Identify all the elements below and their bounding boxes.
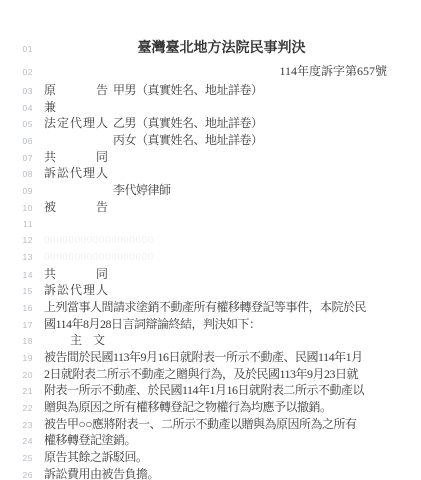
- party-line: 被 告: [44, 199, 421, 216]
- document-line-07: 07共 同: [0, 149, 421, 166]
- line-number: 18: [19, 333, 33, 350]
- document-line-17: 17國114年8月28日言詞辯論終結，判決如下：: [0, 316, 421, 333]
- body-text: 贈與為原因之所有權移轉登記之物權行為均應予以撤銷。: [44, 399, 421, 416]
- document-line-22: 22贈與為原因之所有權移轉登記之物權行為均應予以撤銷。: [0, 399, 421, 416]
- party-line: 共 同: [44, 266, 421, 283]
- line-number: 26: [19, 467, 33, 480]
- body-text: 2日就附表二所示不動產之贈與行為，及於民國113年9月23日就: [44, 366, 421, 383]
- document-line-01: 01臺灣臺北地方法院民事判決: [0, 38, 421, 60]
- document-line-15: 15訴訟代理人: [0, 282, 421, 299]
- party-value: 乙男（真實姓名、地址詳卷）: [113, 116, 263, 130]
- party-label: 兼: [44, 100, 57, 114]
- document-line-25: 25原告其餘之訴駁回。: [0, 449, 421, 466]
- party-line: 兼: [44, 99, 421, 116]
- line-number: 08: [19, 166, 33, 183]
- document-line-24: 24權移轉登記塗銷。: [0, 432, 421, 449]
- document-line-23: 23被告甲○○應將附表一、二所示不動產以贈與為原因所為之所有: [0, 416, 421, 433]
- body-text: 附表一所示不動產、於民國114年1月16日就附表二所示不動產以: [44, 382, 421, 399]
- party-line: 訴訟代理人: [44, 282, 421, 299]
- judgment-document: 01臺灣臺北地方法院民事判決02114年度訴字第657號03原 告甲男（真實姓名…: [0, 38, 421, 480]
- party-label: 共 同: [44, 267, 109, 281]
- party-line: 原 告甲男（真實姓名、地址詳卷）: [44, 82, 421, 99]
- line-number: 17: [19, 317, 33, 334]
- line-number: 09: [19, 183, 33, 200]
- body-text: 原告其餘之訴駁回。: [44, 449, 421, 466]
- line-number: 02: [19, 61, 33, 83]
- party-value: 李代婷律師: [113, 183, 171, 197]
- line-number: 05: [19, 116, 33, 133]
- party-line: 李代婷律師: [44, 182, 421, 199]
- document-line-18: 18主 文: [0, 332, 421, 349]
- document-line-19: 19被告間於民國113年9月16日就附表一所示不動產、民國114年1月: [0, 349, 421, 366]
- line-number: 11: [19, 216, 33, 233]
- party-line: 丙女（真實姓名、地址詳卷）: [44, 132, 421, 149]
- party-line: 共 同: [44, 149, 421, 166]
- document-line-26: 26訴訟費用由被告負擔。: [0, 466, 421, 480]
- document-line-06: 06 丙女（真實姓名、地址詳卷）: [0, 132, 421, 149]
- party-line: 法定代理人乙男（真實姓名、地址詳卷）: [44, 115, 421, 132]
- document-line-16: 16上列當事人間請求塗銷不動產所有權移轉登記等事件，本院於民: [0, 299, 421, 316]
- document-title: 臺灣臺北地方法院民事判決: [44, 38, 421, 60]
- document-line-05: 05法定代理人乙男（真實姓名、地址詳卷）: [0, 115, 421, 132]
- line-number: 22: [19, 400, 33, 417]
- party-label: 訴訟代理人: [44, 166, 109, 180]
- line-number: 01: [19, 38, 33, 60]
- line-number: 25: [19, 450, 33, 467]
- line-number: 04: [19, 100, 33, 117]
- document-line-10: 10被 告: [0, 199, 421, 216]
- line-number: 24: [19, 433, 33, 450]
- document-line-12: 12000000000000000000: [0, 232, 421, 249]
- body-text: 被告甲○○應將附表一、二所示不動產以贈與為原因所為之所有: [44, 416, 421, 433]
- body-text: 國114年8月28日言詞辯論終結，判決如下：: [44, 316, 421, 333]
- document-line-02: 02114年度訴字第657號: [0, 60, 421, 82]
- section-heading-main-text: 主 文: [44, 332, 421, 349]
- line-number: 19: [19, 350, 33, 367]
- party-label: 原 告: [44, 83, 109, 97]
- line-number: 15: [19, 283, 33, 300]
- body-text: 上列當事人間請求塗銷不動產所有權移轉登記等事件，本院於民: [44, 299, 421, 316]
- party-value: 丙女（真實姓名、地址詳卷）: [113, 133, 263, 147]
- line-number: 16: [19, 300, 33, 317]
- party-line: 訴訟代理人: [44, 165, 421, 182]
- document-line-14: 14共 同: [0, 266, 421, 283]
- document-line-08: 08訴訟代理人: [0, 165, 421, 182]
- line-number: 21: [19, 383, 33, 400]
- party-label: 被 告: [44, 200, 109, 214]
- document-line-20: 202日就附表二所示不動產之贈與行為，及於民國113年9月23日就: [0, 366, 421, 383]
- party-label: 法定代理人: [44, 116, 109, 130]
- line-number: 07: [19, 150, 33, 167]
- line-number: 14: [19, 267, 33, 284]
- document-line-13: 13000000000000000000: [0, 249, 421, 266]
- line-number: 10: [19, 200, 33, 217]
- party-label: [44, 133, 109, 147]
- line-number: 03: [19, 83, 33, 100]
- line-number: 12: [19, 232, 33, 249]
- line-number: 13: [19, 249, 33, 266]
- case-number: 114年度訴字第657號: [44, 60, 421, 82]
- party-label: [44, 183, 109, 197]
- party-value: 甲男（真實姓名、地址詳卷）: [113, 83, 263, 97]
- line-number: 20: [19, 367, 33, 384]
- document-line-09: 09 李代婷律師: [0, 182, 421, 199]
- redacted-text: 000000000000000000: [44, 249, 421, 266]
- party-label: 訴訟代理人: [44, 283, 109, 297]
- document-line-11: 11: [0, 216, 421, 233]
- body-text: 被告間於民國113年9月16日就附表一所示不動產、民國114年1月: [44, 349, 421, 366]
- line-number: 23: [19, 417, 33, 434]
- document-line-04: 04兼: [0, 99, 421, 116]
- body-text: 權移轉登記塗銷。: [44, 432, 421, 449]
- judgment-page: 01臺灣臺北地方法院民事判決02114年度訴字第657號03原 告甲男（真實姓名…: [0, 0, 421, 480]
- document-line-03: 03原 告甲男（真實姓名、地址詳卷）: [0, 82, 421, 99]
- party-label: 共 同: [44, 150, 109, 164]
- line-number: 06: [19, 133, 33, 150]
- redacted-text: 000000000000000000: [44, 232, 421, 249]
- document-line-21: 21附表一所示不動產、於民國114年1月16日就附表二所示不動產以: [0, 382, 421, 399]
- body-text: 訴訟費用由被告負擔。: [44, 466, 421, 480]
